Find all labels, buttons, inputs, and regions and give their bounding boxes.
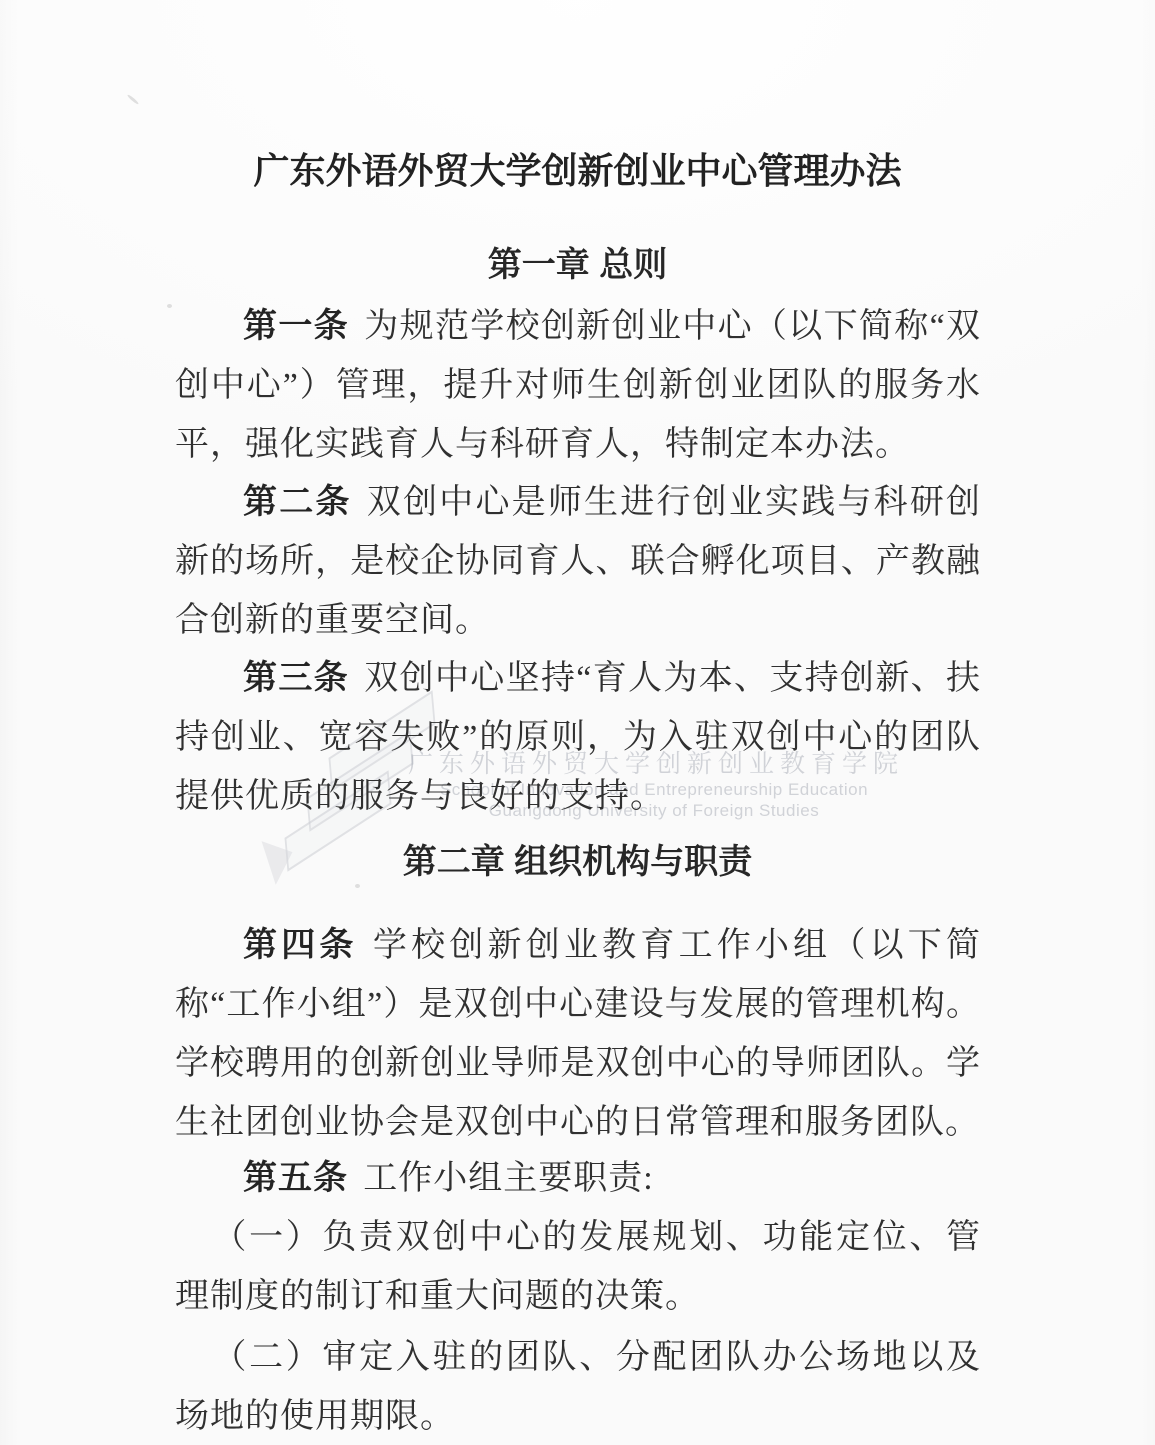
article-1-paragraph: 第一条为规范学校创新创业中心（以下简称“双创中心”）管理，提升对师生创新创业团队…: [175, 297, 981, 474]
chapter-1-heading: 第一章 总则: [0, 244, 1155, 286]
duty-item-2-text: （二）审定入驻的团队、分配团队办公场地以及场地的使用期限。: [175, 1339, 981, 1435]
scan-speckle: [127, 94, 140, 105]
article-4-number: 第四条: [243, 926, 358, 964]
scan-speckle: [167, 304, 172, 308]
article-4-paragraph: 第四条学校创新创业教育工作小组（以下简称“工作小组”）是双创中心建设与发展的管理…: [175, 916, 981, 1152]
chapter-2-heading: 第二章 组织机构与职责: [0, 841, 1155, 883]
article-2-paragraph: 第二条双创中心是师生进行创业实践与科研创新的场所，是校企协同育人、联合孵化项目、…: [175, 473, 981, 650]
article-1-number: 第一条: [243, 307, 349, 345]
article-3-number: 第三条: [243, 659, 349, 697]
duty-item-2: （二）审定入驻的团队、分配团队办公场地以及场地的使用期限。: [175, 1328, 981, 1445]
article-3-paragraph: 第三条双创中心坚持“育人为本、支持创新、扶持创业、宽容失败”的原则，为入驻双创中…: [175, 649, 981, 826]
article-2-number: 第二条: [243, 483, 352, 521]
scan-speckle: [355, 884, 360, 888]
duty-item-1-text: （一）负责双创中心的发展规划、功能定位、管理制度的制订和重大问题的决策。: [175, 1219, 981, 1315]
scanned-document-page: 广东外语外贸大学创新创业教育学院 School of Innovation an…: [0, 0, 1155, 1445]
article-5-text: 工作小组主要职责:: [363, 1160, 653, 1197]
article-5-number: 第五条: [243, 1159, 348, 1197]
document-title: 广东外语外贸大学创新创业中心管理办法: [0, 146, 1155, 196]
duty-item-1: （一）负责双创中心的发展规划、功能定位、管理制度的制订和重大问题的决策。: [175, 1208, 981, 1326]
article-5-paragraph: 第五条工作小组主要职责:: [175, 1149, 981, 1208]
